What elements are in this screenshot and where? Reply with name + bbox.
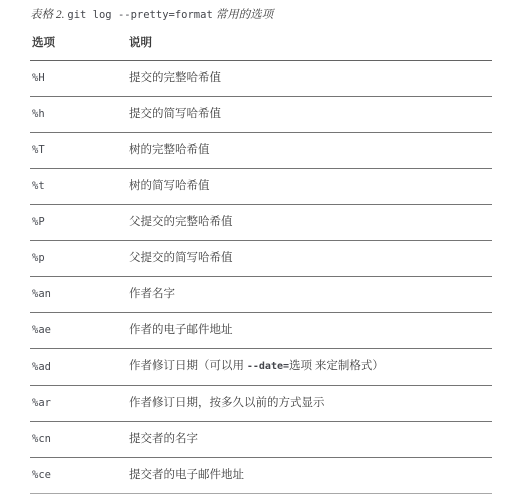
description-cell: 父提交的简写哈希值 [127,241,492,277]
description-text: 作者名字 [129,288,175,300]
description-text: 提交者的名字 [129,433,198,445]
description-text: 提交的简写哈希值 [129,108,221,120]
option-cell: %p [30,241,127,277]
description-text: 提交的完整哈希值 [129,72,221,84]
description-text: 作者的电子邮件地址 [129,324,233,336]
table-row: %p父提交的简写哈希值 [30,241,492,277]
description-cell: 作者的电子邮件地址 [127,313,492,349]
description-cell: 作者修订日期，按多久以前的方式显示 [127,386,492,422]
option-cell: %ce [30,458,127,494]
description-text: 树的简写哈希值 [129,180,210,192]
caption-code: git log --pretty=format [67,9,212,21]
description-cell: 父提交的完整哈希值 [127,205,492,241]
description-text: 父提交的简写哈希值 [129,252,233,264]
option-cell: %T [30,133,127,169]
description-cell: 提交者的名字 [127,422,492,458]
option-cell: %H [30,61,127,97]
option-cell: %cn [30,422,127,458]
header-row: 选项 说明 [30,32,492,61]
table-row: %ce提交者的电子邮件地址 [30,458,492,494]
option-cell: %an [30,277,127,313]
description-cell: 树的完整哈希值 [127,133,492,169]
caption-prefix: 表格 2. [30,9,65,21]
option-cell: %h [30,97,127,133]
table-row: %ad作者修订日期（可以用 --date=选项 来定制格式） [30,349,492,386]
description-text: 父提交的完整哈希值 [129,216,233,228]
table-body: %H提交的完整哈希值%h提交的简写哈希值%T树的完整哈希值%t树的简写哈希值%P… [30,61,492,494]
table-row: %H提交的完整哈希值 [30,61,492,97]
description-text: 提交者的电子邮件地址 [129,469,244,481]
description-cell: 提交的简写哈希值 [127,97,492,133]
description-text: 作者修订日期，按多久以前的方式显示 [129,397,325,409]
description-cell: 作者名字 [127,277,492,313]
table-row: %ae作者的电子邮件地址 [30,313,492,349]
header-description: 说明 [127,32,492,61]
option-cell: %ar [30,386,127,422]
table-caption: 表格 2. git log --pretty=format 常用的选项 [30,8,492,23]
description-text: 作者修订日期（可以用 [129,360,247,372]
table-head: 选项 说明 [30,32,492,61]
table-row: %cn提交者的名字 [30,422,492,458]
table-row: %ar作者修订日期，按多久以前的方式显示 [30,386,492,422]
table-row: %h提交的简写哈希值 [30,97,492,133]
description-text: 树的完整哈希值 [129,144,210,156]
table-row: %P父提交的完整哈希值 [30,205,492,241]
description-cell: 作者修订日期（可以用 --date=选项 来定制格式） [127,349,492,386]
description-text: 选项 来定制格式） [289,360,384,372]
option-cell: %ad [30,349,127,386]
options-table: 选项 说明 %H提交的完整哈希值%h提交的简写哈希值%T树的完整哈希值%t树的简… [30,32,492,494]
inline-code: --date= [247,361,289,372]
option-cell: %t [30,169,127,205]
table-row: %t树的简写哈希值 [30,169,492,205]
caption-suffix: 常用的选项 [216,9,274,21]
description-cell: 提交者的电子邮件地址 [127,458,492,494]
table-row: %an作者名字 [30,277,492,313]
header-option: 选项 [30,32,127,61]
table-row: %T树的完整哈希值 [30,133,492,169]
description-cell: 提交的完整哈希值 [127,61,492,97]
option-cell: %P [30,205,127,241]
document: 表格 2. git log --pretty=format 常用的选项 选项 说… [30,8,492,494]
description-cell: 树的简写哈希值 [127,169,492,205]
option-cell: %ae [30,313,127,349]
